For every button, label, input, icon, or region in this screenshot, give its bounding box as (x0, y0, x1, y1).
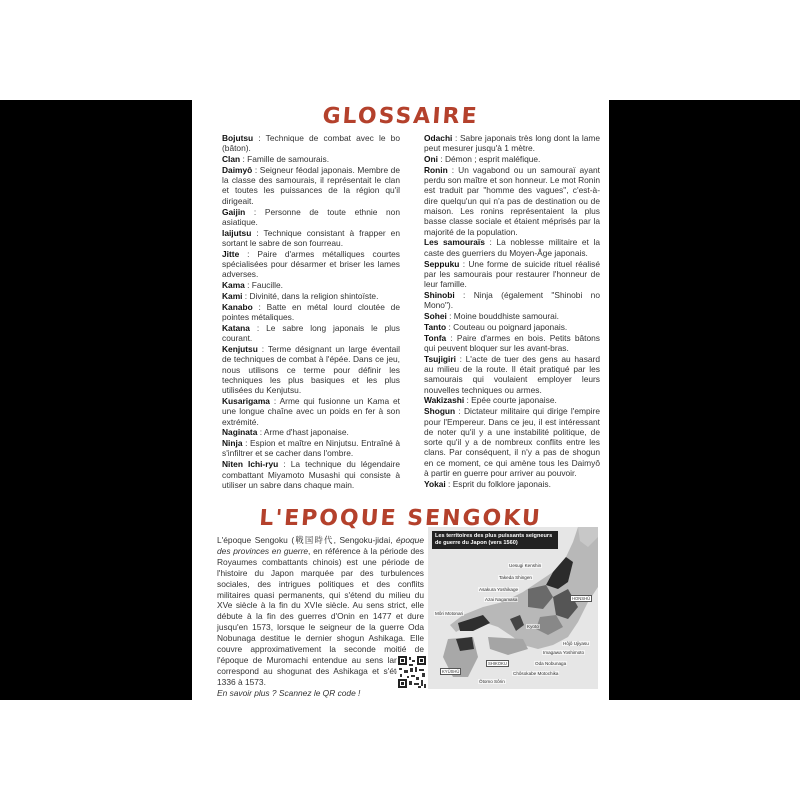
map-warlord-label: Uesugi Kenshin (508, 563, 542, 568)
glossary-definition: : Esprit du folklore japonais. (446, 479, 551, 489)
glossary-term: Yokai (424, 479, 446, 489)
sengoku-text-1: L'époque Sengoku (戦国時代, Sengoku-jidai, (217, 535, 396, 545)
glossary-entry: Seppuku : Une forme de suicide rituel ré… (424, 259, 600, 290)
glossary-entry: Shogun : Dictateur militaire qui dirige … (424, 406, 600, 478)
glossary-entry: Yokai : Esprit du folklore japonais. (424, 479, 600, 489)
glossary-term: Bojutsu (222, 133, 253, 143)
glossary-definition: : Dictateur militaire qui dirige l'empir… (424, 406, 600, 478)
glossary-term: Shogun (424, 406, 455, 416)
glossary-definition: : Arme d'hast japonaise. (257, 427, 348, 437)
glossary-term: Shinobi (424, 290, 455, 300)
map-warlord-label: Kyoto (526, 624, 540, 629)
map-warlord-label: Chôsokabe Motochika (512, 671, 559, 676)
glossary-entry: Sohei : Moine bouddhiste samourai. (424, 311, 600, 321)
glossary-term: Jitte (222, 249, 239, 259)
sengoku-paragraph: L'époque Sengoku (戦国時代, Sengoku-jidai, é… (217, 535, 424, 699)
glossary-entry: Katana : Le sabre long japonais le plus … (222, 323, 400, 344)
glossary-title: GLOSSAIRE (191, 104, 610, 129)
glossary-term: Ninja (222, 438, 242, 448)
glossary-entry: Clan : Famille de samourais. (222, 154, 400, 164)
glossary-definition: : Moine bouddhiste samourai. (447, 311, 559, 321)
sengoku-text-2: , en référence à la période des Royaumes… (217, 546, 424, 687)
glossary-term: Tanto (424, 322, 446, 332)
glossary-entry: Kenjutsu : Terme désignant un large éven… (222, 344, 400, 395)
glossary-term: Kenjutsu (222, 344, 258, 354)
document-page: GLOSSAIRE Bojutsu : Technique de combat … (192, 100, 609, 700)
map-island-tag: KYŪSHŪ (440, 668, 461, 675)
map-warlord-label: Môri Motonari (434, 611, 464, 616)
glossary-term: Odachi (424, 133, 452, 143)
glossary-term: Oni (424, 154, 438, 164)
glossary-term: Tsujigiri (424, 354, 456, 364)
glossary-definition: : Famille de samourais. (240, 154, 329, 164)
glossary-term: Tonfa (424, 333, 446, 343)
glossary-entry: Kanabo : Batte en métal lourd cloutée de… (222, 302, 400, 323)
map-warlord-label: Oda Nobunaga (534, 661, 567, 666)
qr-code[interactable] (397, 655, 427, 689)
glossary-entry: Bojutsu : Technique de combat avec le bo… (222, 133, 400, 154)
japan-map-graphic (428, 527, 598, 689)
glossary-entry: Kama : Faucille. (222, 280, 400, 290)
glossary-definition: : Epée courte japonaise. (464, 395, 557, 405)
glossary-entry: Ninja : Espion et maître en Ninjutsu. En… (222, 438, 400, 459)
map-warlord-label: Hôjô Ujiyasu (562, 641, 590, 646)
glossary-definition: : Démon ; esprit maléfique. (438, 154, 540, 164)
map-warlord-label: Asakura Yoshikage (478, 587, 519, 592)
glossary-definition: : Paire d'armes métalliques courtes spéc… (222, 249, 400, 280)
glossary-term: Niten Ichi-ryu (222, 459, 278, 469)
map-warlord-label: Azai Nagamasa (484, 597, 518, 602)
glossary-term: Seppuku (424, 259, 459, 269)
japan-territories-map: Les territoires des plus puissants seign… (428, 527, 598, 689)
glossary-term: Les samouraïs (424, 237, 485, 247)
glossary-term: Daimyô (222, 165, 252, 175)
glossary-left-column: Bojutsu : Technique de combat avec le bo… (222, 133, 400, 491)
glossary-term: Kusarigama (222, 396, 270, 406)
glossary-term: Ronin (424, 165, 448, 175)
glossary-entry: Kusarigama : Arme qui fusionne un Kama e… (222, 396, 400, 427)
glossary-entry: Wakizashi : Epée courte japonaise. (424, 395, 600, 405)
glossary-entry: Kami : Divinité, dans la religion shinto… (222, 291, 400, 301)
glossary-term: Kami (222, 291, 242, 301)
map-title: Les territoires des plus puissants seign… (432, 531, 558, 549)
glossary-entry: Ronin : Un vagabond ou un samouraï ayant… (424, 165, 600, 237)
map-warlord-label: Takeda Shingen (498, 575, 533, 580)
glossary-definition: : Paire d'armes en bois. Petits bâtons q… (424, 333, 600, 353)
map-warlord-label: Ôtomo Sôrin (478, 679, 506, 684)
glossary-entry: Tsujigiri : L'acte de tuer des gens au h… (424, 354, 600, 395)
glossary-right-column: Odachi : Sabre japonais très long dont l… (424, 133, 600, 490)
glossary-term: Katana (222, 323, 250, 333)
map-island-tag: HONSHŪ (570, 595, 592, 602)
glossary-definition: : Divinité, dans la religion shintoïste. (242, 291, 378, 301)
map-island-tag: SHIKOKU (486, 660, 509, 667)
glossary-entry: Tanto : Couteau ou poignard japonais. (424, 322, 600, 332)
glossary-term: Naginata (222, 427, 257, 437)
left-letterbox-bar (0, 100, 192, 700)
glossary-term: Iaijutsu (222, 228, 251, 238)
glossary-term: Kama (222, 280, 245, 290)
glossary-entry: Daimyô : Seigneur féodal japonais. Membr… (222, 165, 400, 206)
right-letterbox-bar (609, 100, 800, 700)
glossary-term: Wakizashi (424, 395, 464, 405)
glossary-entry: Gaijin : Personne de toute ethnie non as… (222, 207, 400, 228)
glossary-definition: : Couteau ou poignard japonais. (446, 322, 567, 332)
glossary-definition: : Espion et maître en Ninjutsu. Entraîné… (222, 438, 400, 458)
glossary-entry: Iaijutsu : Technique consistant à frappe… (222, 228, 400, 249)
glossary-entry: Naginata : Arme d'hast japonaise. (222, 427, 400, 437)
glossary-term: Kanabo (222, 302, 253, 312)
glossary-definition: : Un vagabond ou un samouraï ayant perdu… (424, 165, 600, 237)
glossary-term: Sohei (424, 311, 447, 321)
glossary-entry: Tonfa : Paire d'armes en bois. Petits bâ… (424, 333, 600, 354)
glossary-entry: Shinobi : Ninja (également "Shinobi no M… (424, 290, 600, 311)
glossary-entry: Jitte : Paire d'armes métalliques courte… (222, 249, 400, 280)
qr-call-to-action: En savoir plus ? Scannez le QR code ! (217, 688, 360, 698)
glossary-term: Clan (222, 154, 240, 164)
glossary-entry: Les samouraïs : La noblesse militaire et… (424, 237, 600, 258)
glossary-term: Gaijin (222, 207, 245, 217)
glossary-definition: : Personne de toute ethnie non asiatique… (222, 207, 400, 227)
glossary-definition: : Faucille. (245, 280, 283, 290)
glossary-entry: Odachi : Sabre japonais très long dont l… (424, 133, 600, 154)
map-warlord-label: Imagawa Yoshimoto (542, 650, 585, 655)
glossary-entry: Oni : Démon ; esprit maléfique. (424, 154, 600, 164)
glossary-entry: Niten Ichi-ryu : La technique du légenda… (222, 459, 400, 490)
